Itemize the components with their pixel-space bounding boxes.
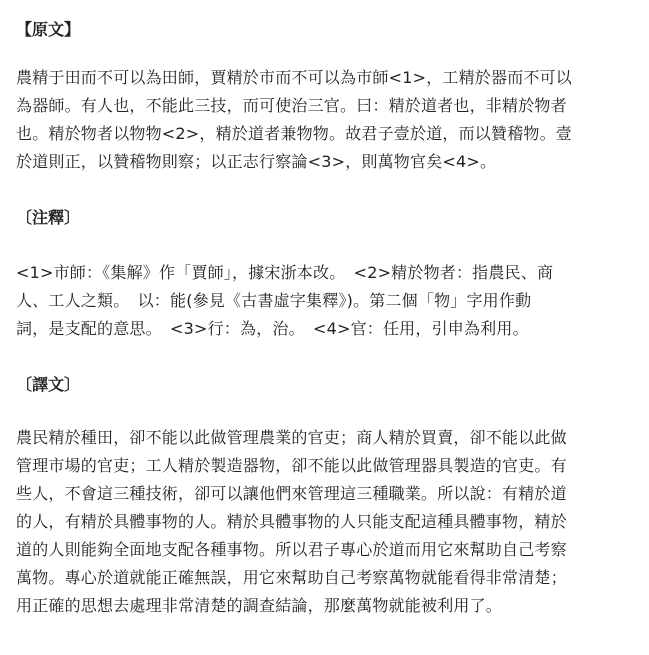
text-line: 的人，有精於具體事物的人。精於具體事物的人只能支配這種具體事物，精於 xyxy=(16,508,636,536)
text-line: 農民精於種田，卻不能以此做管理農業的官吏；商人精於買賣，卻不能以此做 xyxy=(16,424,636,452)
text-line: 些人，不會這三種技術，卻可以讓他們來管理這三種職業。所以說：有精於道 xyxy=(16,480,636,508)
text-line: <1>市師：《集解》作「賈師」，據宋浙本改。 <2>精於物者：指農民、商 xyxy=(16,259,636,287)
section-title-translation: 〔譯文〕 xyxy=(16,374,80,396)
text-line: 詞，是支配的意思。 <3>行：為，治。 <4>官：任用，引申為利用。 xyxy=(16,315,636,343)
text-line: 為器師。有人也，不能此三技，而可使治三官。曰：精於道者也，非精於物者 xyxy=(16,92,636,120)
section-title-annotations: 〔注釋〕 xyxy=(16,207,80,229)
text-line: 萬物。專心於道就能正確無誤，用它來幫助自己考察萬物就能看得非常清楚； xyxy=(16,564,636,592)
annotations-paragraph: <1>市師：《集解》作「賈師」，據宋浙本改。 <2>精於物者：指農民、商 人、工… xyxy=(16,259,636,343)
text-line: 於道則正，以贊稽物則察；以正志行察論<3>，則萬物官矣<4>。 xyxy=(16,148,636,176)
translation-paragraph: 農民精於種田，卻不能以此做管理農業的官吏；商人精於買賣，卻不能以此做 管理市場的… xyxy=(16,424,636,620)
text-line: 人、工人之類。 以：能(參見《古書虛字集釋》)。第二個「物」字用作動 xyxy=(16,287,636,315)
text-line: 也。精於物者以物物<2>，精於道者兼物物。故君子壹於道，而以贊稽物。壹 xyxy=(16,120,636,148)
original-text-paragraph: 農精于田而不可以為田師，賈精於市而不可以為市師<1>，工精於器而不可以 為器師。… xyxy=(16,64,636,176)
text-line: 農精于田而不可以為田師，賈精於市而不可以為市師<1>，工精於器而不可以 xyxy=(16,64,636,92)
text-line: 道的人則能夠全面地支配各種事物。所以君子專心於道而用它來幫助自己考察 xyxy=(16,536,636,564)
text-line: 用正確的思想去處理非常清楚的調查結論，那麼萬物就能被利用了。 xyxy=(16,592,636,620)
section-title-original-text: 【原文】 xyxy=(16,19,80,41)
text-line: 管理市場的官吏；工人精於製造器物，卻不能以此做管理器具製造的官吏。有 xyxy=(16,452,636,480)
